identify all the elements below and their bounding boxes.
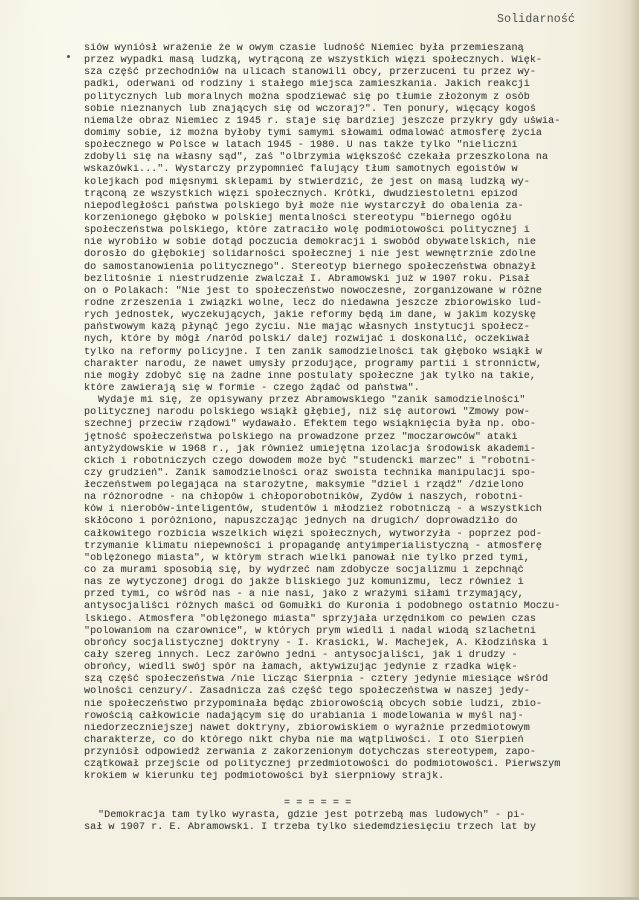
text-line: skłócono i poróżniono, napuszczając jedn… — [84, 516, 624, 528]
text-line: lskiego. Atmosfera "oblężonego miasta" s… — [84, 614, 624, 626]
text-line: rodne zrzeszenia i związki wolne, lecz d… — [84, 298, 624, 310]
text-line: korzenionego głęboko w polskiej mentalno… — [84, 213, 624, 225]
text-line: czątkował przejście od politycznej przed… — [84, 759, 624, 771]
text-line: padki, oderwani od rodziny i stałego mie… — [84, 79, 624, 91]
text-line: tylko na reformy policyjne. I ten zanik … — [84, 347, 624, 359]
text-line: antyżydowskie w 1968 r., jak również umi… — [84, 444, 624, 456]
text-line: obrońcy socjalistycznej doktryny - I. Kr… — [84, 638, 624, 650]
scanned-page: Solidarność siów wyniósł wrażenie że w o… — [0, 0, 639, 900]
text-line: jętność społeczeństwa polskiego na prowa… — [84, 432, 624, 444]
text-line: szą część społeczeństwa /nie licząc Sier… — [84, 674, 624, 686]
text-line: kolejkach pod mięsnymi sklepami by stwie… — [84, 177, 624, 189]
spacer — [84, 784, 624, 798]
text-line: Wydaje mi się, że opisywany przez Abramo… — [84, 395, 624, 407]
text-line: domimy sobie, iż można byłoby tymi samym… — [84, 128, 624, 140]
text-line: politycznej narodu polskiego wsiąkł głęb… — [84, 407, 624, 419]
text-line: on o Polakach: "Nie jest to społeczeństw… — [84, 286, 624, 298]
text-line: szechnej przeciw rządowi" wydawało. Efek… — [84, 419, 624, 431]
text-line: do samostanowienia politycznego". Stereo… — [84, 262, 624, 274]
text-line: ków i nierobów-inteligentów, studentów i… — [84, 504, 624, 516]
text-line: niedorzeczniejszej nawet doktryny, zbior… — [84, 723, 624, 735]
text-line: trąconą ze wszystkich więzi społecznych.… — [84, 189, 624, 201]
text-line: nych, które by mógł /naród polski/ dalej… — [84, 334, 624, 346]
text-line: niepodległości państwa polskiego był moż… — [84, 201, 624, 213]
text-line: społecznego w Polsce w latach 1945 - 198… — [84, 140, 624, 152]
text-line: przez wypadki masą ludzką, wytrąconą ze … — [84, 55, 624, 67]
text-line: trzymanie klimatu niepewności i propagan… — [84, 541, 624, 553]
paragraph: Wydaje mi się, że opisywany przez Abramo… — [84, 395, 624, 784]
text-line: czy grudzień". Zanik samodzielności oraz… — [84, 468, 624, 480]
text-line: wolności cenzury/. Zasadnicza zaś część … — [84, 686, 624, 698]
text-line: cały szereg innych. Lecz zarówno jedni -… — [84, 650, 624, 662]
text-line: charakter narodu, że nawet umysły przodu… — [84, 359, 624, 371]
text-line: nas ze wytyczonej drogi do jakże bliskie… — [84, 577, 624, 589]
text-line: wskazówki...". Wystarczy przypomnieć fal… — [84, 164, 624, 176]
text-line: dorosło do głębokiej solidarności społec… — [84, 249, 624, 261]
text-line: charakterze, co do którego nikt chyba ni… — [84, 735, 624, 747]
text-line: na różnorodne - na chłopów i chłoporobot… — [84, 492, 624, 504]
text-line: społeczeństwa polskiego, które zatraciło… — [84, 225, 624, 237]
text-line: politycznych lub moralnych można spodzie… — [84, 92, 624, 104]
text-line: nie wyrobiło w sobie dotąd poczucia demo… — [84, 237, 624, 249]
text-line: całkowitego rozbicia wszelkich więzi spo… — [84, 529, 624, 541]
text-line: obrońcy, wiedli swój spór na łamach, akt… — [84, 662, 624, 674]
text-line: przyniósł odpowiedź zerwania z zakorzeni… — [84, 747, 624, 759]
document-body: siów wyniósł wrażenie że w owym czasie l… — [84, 43, 624, 834]
text-line: rowością całkowicie nadającym się do ura… — [84, 711, 624, 723]
text-line: sobie nieznanych lub znających się od wc… — [84, 104, 624, 116]
text-line: przed tymi, co wśród nas - a nie nasi, j… — [84, 589, 624, 601]
text-line: nie społeczeństwo przypominała będąc zbi… — [84, 699, 624, 711]
text-line: krokiem w kierunku tej podmiotowości był… — [84, 771, 624, 783]
paragraph: "Demokracja tam tylko wyrasta, gdzie jes… — [84, 810, 624, 834]
text-line: "polowaniom na czarownice", w których pr… — [84, 626, 624, 638]
text-line: sał w 1907 r. E. Abramowski. I trzeba ty… — [84, 822, 624, 834]
text-line: bezlitośnie i niestrudzenie zwalczał I. … — [84, 274, 624, 286]
text-line: antysocjaliści różnych maści od Gomułki … — [84, 601, 624, 613]
text-line: państwowym każą płynąć jego życiu. Nie m… — [84, 322, 624, 334]
paragraph: siów wyniósł wrażenie że w owym czasie l… — [84, 43, 624, 395]
text-line: rych jednostek, wyczekujących, jakie ref… — [84, 310, 624, 322]
running-header: Solidarność — [497, 13, 575, 26]
text-line: łeczeństwem polegająca na starożytne, ma… — [84, 480, 624, 492]
text-line: zdobyli się na własny sąd", zaś "olbrzym… — [84, 152, 624, 164]
text-line: "oblężonego miasta", w którym strach wie… — [84, 553, 624, 565]
text-line: niemalże obraz Niemiec z 1945 r. staje s… — [84, 116, 624, 128]
text-line: "Demokracja tam tylko wyrasta, gdzie jes… — [84, 810, 624, 822]
ink-speck — [67, 55, 70, 58]
section-separator: = = = = = = — [84, 798, 624, 810]
text-line: co za murami sposobią się, by wydrzeć na… — [84, 565, 624, 577]
text-line: nie mogły zdobyć się na żadne inne postu… — [84, 371, 624, 383]
text-line: sza część przechodniów na ulicach stanow… — [84, 67, 624, 79]
text-line: siów wyniósł wrażenie że w owym czasie l… — [84, 43, 624, 55]
text-line: ckich i robotniczych czego dowodem może … — [84, 456, 624, 468]
text-line: które zawierają się w formie - czego żąd… — [84, 383, 624, 395]
page-edge-shadow — [631, 0, 639, 900]
